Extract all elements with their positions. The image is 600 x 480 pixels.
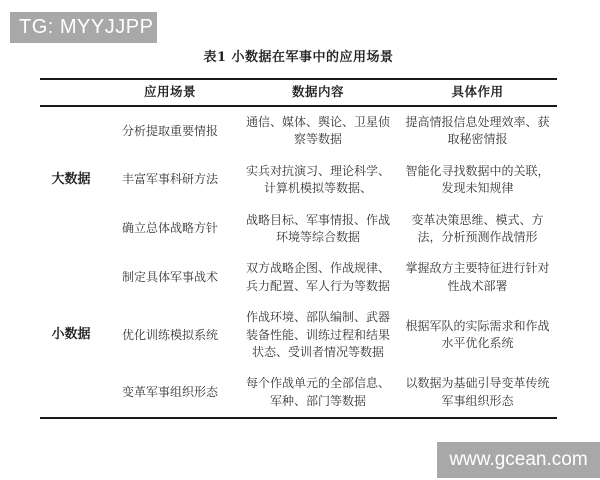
header-row: 应用场景 数据内容 具体作用 <box>40 79 557 106</box>
table-header: 应用场景 数据内容 具体作用 <box>40 79 557 106</box>
table-row: 大数据分析提取重要情报通信、媒体、舆论、卫星侦察等数据提高情报信息处理效率、获取… <box>40 106 557 156</box>
data-content-cell: 作战环境、部队编制、武器装备性能、训练过程和结果状态、受训者情况等数据 <box>238 302 398 368</box>
table-row: 优化训练模拟系统作战环境、部队编制、武器装备性能、训练过程和结果状态、受训者情况… <box>40 302 557 368</box>
telegram-watermark-badge: TG: MYYJJPP <box>10 12 157 43</box>
scene-cell: 确立总体战略方针 <box>102 205 238 254</box>
table-title: 表1 小数据在军事中的应用场景 <box>40 46 557 65</box>
category-cell: 大数据 <box>40 106 102 253</box>
table-row: 丰富军事科研方法实兵对抗演习、理论科学、计算机模拟等数据、智能化寻找数据中的关联… <box>40 156 557 205</box>
scene-cell: 分析提取重要情报 <box>102 106 238 156</box>
effect-cell: 以数据为基础引导变革传统军事组织形态 <box>398 368 557 418</box>
table-row: 小数据制定具体军事战术双方战略企图、作战规律、兵力配置、军人行为等数据掌握敌方主… <box>40 253 557 302</box>
col-header-category-empty <box>40 79 102 106</box>
scene-cell: 变革军事组织形态 <box>102 368 238 418</box>
effect-cell: 智能化寻找数据中的关联，发现未知规律 <box>398 156 557 205</box>
data-content-cell: 实兵对抗演习、理论科学、计算机模拟等数据、 <box>238 156 398 205</box>
effect-cell: 变革决策思维、模式、方法，分析预测作战情形 <box>398 205 557 254</box>
scene-cell: 丰富军事科研方法 <box>102 156 238 205</box>
table-body: 大数据分析提取重要情报通信、媒体、舆论、卫星侦察等数据提高情报信息处理效率、获取… <box>40 106 557 418</box>
military-data-application-table: 应用场景 数据内容 具体作用 大数据分析提取重要情报通信、媒体、舆论、卫星侦察等… <box>40 78 557 419</box>
col-header-scene: 应用场景 <box>102 79 238 106</box>
data-content-cell: 战略目标、军事情报、作战环境等综合数据 <box>238 205 398 254</box>
effect-cell: 掌握敌方主要特征进行针对性战术部署 <box>398 253 557 302</box>
data-content-cell: 每个作战单元的全部信息、军种、部门等数据 <box>238 368 398 418</box>
document-page: TG: MYYJJPP 表1 小数据在军事中的应用场景 应用场景 数据内容 具体… <box>0 0 600 480</box>
data-content-cell: 通信、媒体、舆论、卫星侦察等数据 <box>238 106 398 156</box>
table-row: 变革军事组织形态每个作战单元的全部信息、军种、部门等数据以数据为基础引导变革传统… <box>40 368 557 418</box>
col-header-effect: 具体作用 <box>398 79 557 106</box>
effect-cell: 提高情报信息处理效率、获取秘密情报 <box>398 106 557 156</box>
category-cell: 小数据 <box>40 253 102 418</box>
scene-cell: 制定具体军事战术 <box>102 253 238 302</box>
scene-cell: 优化训练模拟系统 <box>102 302 238 368</box>
table-row: 确立总体战略方针战略目标、军事情报、作战环境等综合数据变革决策思维、模式、方法，… <box>40 205 557 254</box>
data-content-cell: 双方战略企图、作战规律、兵力配置、军人行为等数据 <box>238 253 398 302</box>
effect-cell: 根据军队的实际需求和作战水平优化系统 <box>398 302 557 368</box>
table-container: 表1 小数据在军事中的应用场景 应用场景 数据内容 具体作用 大数据分析提取重要… <box>40 46 557 419</box>
col-header-data-content: 数据内容 <box>238 79 398 106</box>
website-watermark-badge: www.gcean.com <box>437 442 600 478</box>
